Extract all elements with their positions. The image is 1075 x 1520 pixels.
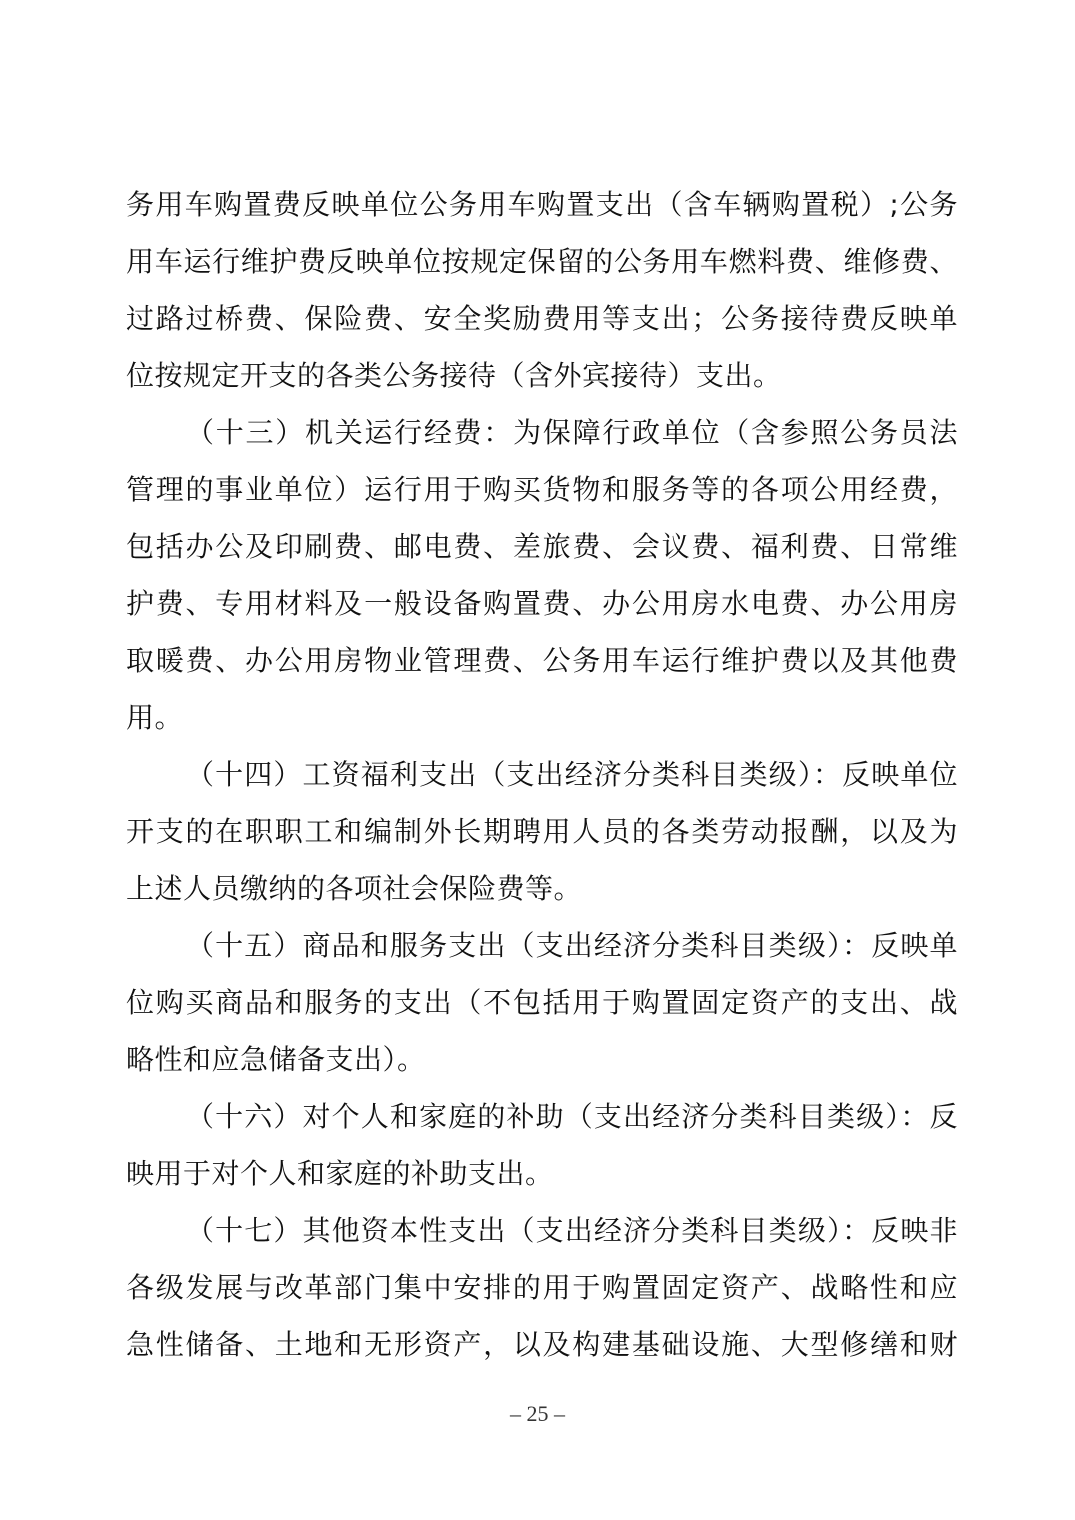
text-line: （十三）机关运行经费：为保障行政单位（含参照公务员法	[126, 404, 958, 461]
text-line: 映用于对个人和家庭的补助支出。	[126, 1145, 958, 1202]
paragraph-item-13: （十三）机关运行经费：为保障行政单位（含参照公务员法 管理的事业单位）运行用于购…	[126, 404, 958, 746]
paragraph-item-16: （十六）对个人和家庭的补助（支出经济分类科目类级）：反 映用于对个人和家庭的补助…	[126, 1088, 958, 1202]
text-line: （十四）工资福利支出（支出经济分类科目类级）：反映单位	[126, 746, 958, 803]
text-line: 管理的事业单位）运行用于购买货物和服务等的各项公用经费，	[126, 461, 958, 518]
text-line: 用。	[126, 689, 958, 746]
body-text: 务用车购置费反映单位公务用车购置支出（含车辆购置税）;公务 用车运行维护费反映单…	[126, 176, 958, 1373]
paragraph-item-14: （十四）工资福利支出（支出经济分类科目类级）：反映单位 开支的在职职工和编制外长…	[126, 746, 958, 917]
paragraph-continuation: 务用车购置费反映单位公务用车购置支出（含车辆购置税）;公务 用车运行维护费反映单…	[126, 176, 958, 404]
text-line: 护费、专用材料及一般设备购置费、办公用房水电费、办公用房	[126, 575, 958, 632]
document-page: 务用车购置费反映单位公务用车购置支出（含车辆购置税）;公务 用车运行维护费反映单…	[0, 0, 1075, 1520]
text-line: 取暖费、办公用房物业管理费、公务用车运行维护费以及其他费	[126, 632, 958, 689]
text-line: 位购买商品和服务的支出（不包括用于购置固定资产的支出、战	[126, 974, 958, 1031]
text-line: 略性和应急储备支出）。	[126, 1031, 958, 1088]
text-line: 过路过桥费、保险费、安全奖励费用等支出；公务接待费反映单	[126, 290, 958, 347]
text-line: 务用车购置费反映单位公务用车购置支出（含车辆购置税）;公务	[126, 176, 958, 233]
text-line: （十五）商品和服务支出（支出经济分类科目类级）：反映单	[126, 917, 958, 974]
text-line: 急性储备、土地和无形资产，以及构建基础设施、大型修缮和财	[126, 1316, 958, 1373]
text-line: 位按规定开支的各类公务接待（含外宾接待）支出。	[126, 347, 958, 404]
text-line: （十七）其他资本性支出（支出经济分类科目类级）：反映非	[126, 1202, 958, 1259]
paragraph-item-17: （十七）其他资本性支出（支出经济分类科目类级）：反映非 各级发展与改革部门集中安…	[126, 1202, 958, 1373]
text-line: 用车运行维护费反映单位按规定保留的公务用车燃料费、维修费、	[126, 233, 958, 290]
text-line: 各级发展与改革部门集中安排的用于购置固定资产、战略性和应	[126, 1259, 958, 1316]
text-line: （十六）对个人和家庭的补助（支出经济分类科目类级）：反	[126, 1088, 958, 1145]
paragraph-item-15: （十五）商品和服务支出（支出经济分类科目类级）：反映单 位购买商品和服务的支出（…	[126, 917, 958, 1088]
text-line: 包括办公及印刷费、邮电费、差旅费、会议费、福利费、日常维	[126, 518, 958, 575]
text-line: 上述人员缴纳的各项社会保险费等。	[126, 860, 958, 917]
text-line: 开支的在职职工和编制外长期聘用人员的各类劳动报酬，以及为	[126, 803, 958, 860]
page-number: – 25 –	[0, 1398, 1075, 1430]
